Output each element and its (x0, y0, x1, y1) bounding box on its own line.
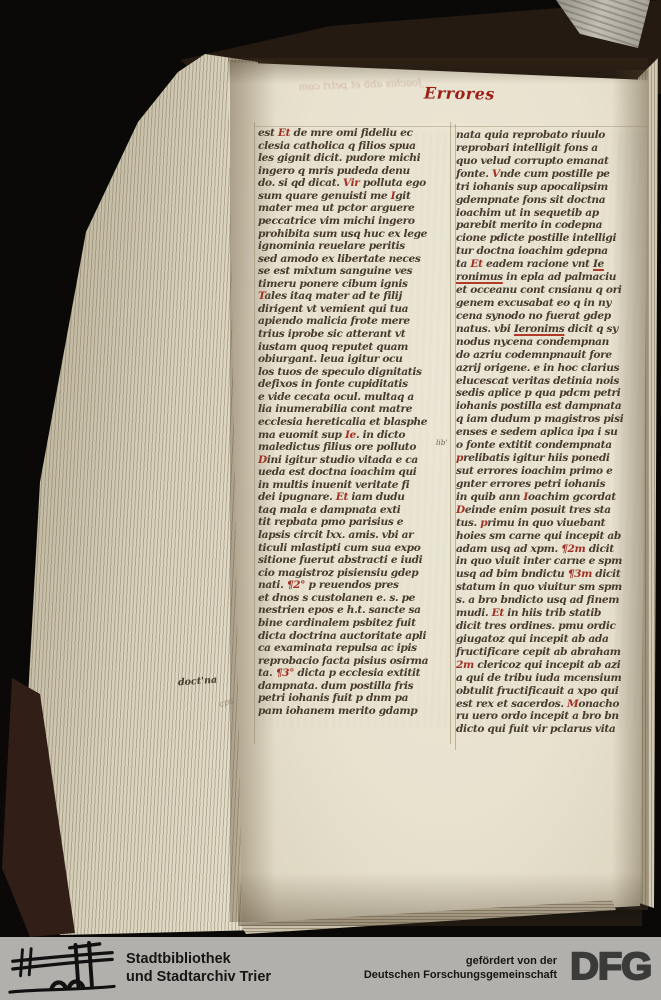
credit-banner: Stadtbibliothek und Stadtarchiv Trier ge… (0, 937, 661, 1000)
manuscript-line: nati. ¶2° p reuendos pres (258, 579, 452, 592)
manuscript-line: adam usq ad xpm. ¶2m dicit (456, 543, 648, 556)
manuscript-line: tur doctna ioachim gdepna (456, 245, 648, 258)
manuscript-line: obiurgant. leua igitur ocu (258, 353, 452, 366)
manuscript-line: nodus nycena condempnan (456, 336, 648, 349)
manuscript-line: mudi. Et in hiis trib statib (456, 607, 648, 620)
manuscript-line: gdempnate fons sit doctna (456, 194, 648, 207)
manuscript-line: ecclesia hereticalia et blasphe (258, 416, 452, 429)
manuscript-line: tus. primu in quo viuebant (456, 517, 648, 530)
manuscript-line: gnter errores petri iohanis (456, 478, 648, 491)
manuscript-line: hoies sm carne qui incepit ab (456, 530, 648, 543)
manuscript-line: dirigent vt vemient qui tua (258, 303, 452, 316)
manuscript-line: reprobari intelligit fons a (456, 142, 648, 155)
manuscript-line: dicta doctrina auctoritate apli (258, 630, 452, 643)
manuscript-line: clesia catholica q filios spua (258, 140, 452, 153)
manuscript-line: cena synodo no fuerat gdep (456, 310, 648, 323)
manuscript-scan-page: Joachis abb et petri com Errores est Et … (0, 0, 661, 1000)
manuscript-line: est Et de mre omi fideliu ec (258, 127, 452, 140)
dfg-logo: DFG (570, 949, 651, 985)
manuscript-line: fonte. Vnde cum postille pe (456, 168, 648, 181)
manuscript-line: in quib ann Ioachim gcordat (456, 491, 648, 504)
manuscript-line: et dnos s custolanen e. s. pe (258, 592, 452, 605)
manuscript-line: in multis inuenit veritate fi (258, 479, 452, 492)
manuscript-line: statum in quo viuitur sm spm (456, 581, 648, 594)
manuscript-line: sum quare genuisti me Igit (258, 190, 452, 203)
manuscript-line: est rex et sacerdos. Monacho (456, 698, 648, 711)
manuscript-line: trius iprobe sic atterant vt (258, 328, 452, 341)
manuscript-line: petri iohanis fuit p dnm pa (258, 692, 452, 705)
manuscript-line: cione pdicte postille intelligi (456, 232, 648, 245)
manuscript-line: les gignit dicit. pudore michi (258, 152, 452, 165)
manuscript-line: azrij origene. e in hoc clarius (456, 362, 648, 375)
manuscript-line: dampnata. dum postilla fris (258, 680, 452, 693)
manuscript-line: bine cardinalem psbitez fuit (258, 617, 452, 630)
left-text-column: est Et de mre omi fideliu ecclesia catho… (258, 127, 452, 717)
manuscript-line: genem excusabat eo q in ny (456, 297, 648, 310)
manuscript-line: ingero q mris pudeda denu (258, 165, 452, 178)
manuscript-line: mater mea ut pctor arguere (258, 202, 452, 215)
manuscript-line: ignominia reuelare peritis (258, 240, 452, 253)
manuscript-line: Deinde enim posuit tres sta (456, 504, 648, 517)
manuscript-line: giugatoz qui incepit ab ada (456, 633, 648, 646)
margin-note-lib: lib' (436, 438, 448, 447)
manuscript-line: nestrien epos e h.t. sancte sa (258, 604, 452, 617)
manuscript-line: timeru ponere cibum ignis (258, 278, 452, 291)
manuscript-line: lapsis circit lxx. amis. vbi ar (258, 529, 452, 542)
manuscript-line: ioachim ut in sequetib ap (456, 207, 648, 220)
manuscript-line: q iam dudum p magistros pisi (456, 413, 648, 426)
funding-credit-line2: Deutschen Forschungsgemeinschaft (364, 969, 557, 983)
ruled-line-vertical (254, 122, 255, 744)
manuscript-line: Dini igitur studio vitada e ca (258, 454, 452, 467)
manuscript-line: ta Et eadem racione vnt Ie (456, 258, 648, 271)
manuscript-line: ca examinata repulsa ac ipis (258, 642, 452, 655)
manuscript-line: 2m clericoz qui incepit ab azi (456, 659, 648, 672)
manuscript-line: reprobacio facta pisius osirma (258, 655, 452, 668)
page-heading-rubric: Errores (424, 84, 495, 104)
manuscript-line: fructificare cepit ab abraham (456, 646, 648, 659)
right-text-column: nata quia reprobato riuuloreprobari inte… (456, 129, 648, 736)
manuscript-line: sitione fuerut abstracti e iudi (258, 554, 452, 567)
manuscript-line: e vide cecata ocul. multaq a (258, 391, 452, 404)
manuscript-line: ma euomit sup Ie. in dicto (258, 429, 452, 442)
manuscript-line: quo velud corrupto emanat (456, 155, 648, 168)
manuscript-line: pam iohanem merito gdamp (258, 705, 452, 718)
manuscript-line: ticuli mlastipti cum sua expo (258, 542, 452, 555)
manuscript-line: tit repbata pmo parisius e (258, 516, 452, 529)
manuscript-line: taq mala e dampnata exti (258, 504, 452, 517)
manuscript-line: ru uero ordo incepit a bro bn (456, 710, 648, 723)
manuscript-line: lia inumerabilia cont matre (258, 403, 452, 416)
library-name-line2: und Stadtarchiv Trier (126, 969, 271, 987)
manuscript-line: dicit tres ordines. pmu ordic (456, 620, 648, 633)
library-name: Stadtbibliothek und Stadtarchiv Trier (126, 951, 271, 986)
manuscript-line: s. a bro bndicto usq ad finem (456, 594, 648, 607)
manuscript-line: iustam quoq reputet quam (258, 341, 452, 354)
manuscript-line: o fonte extitit condempnata (456, 439, 648, 452)
manuscript-line: se est mixtum sanguine ves (258, 265, 452, 278)
manuscript-line: usq ad bim bndictu ¶3m dicit (456, 568, 648, 581)
manuscript-line: a qui de tribu iuda mcensium (456, 672, 648, 685)
manuscript-line: ronimus in epla ad palmaciu (456, 271, 648, 284)
manuscript-line: natus. vbi Ieronims dicit q sy (456, 323, 648, 336)
manuscript-line: peccatrice vim michi ingero (258, 215, 452, 228)
manuscript-line: dei ipugnare. Et iam dudu (258, 491, 452, 504)
manuscript-line: enses e sedem aplica ipa i su (456, 426, 648, 439)
manuscript-line: in quo viuit inter carne e spm (456, 555, 648, 568)
trier-bridge-logo-icon (8, 940, 116, 998)
manuscript-line: sut errores ioachim primo e (456, 465, 648, 478)
manuscript-line: do. si qd dicat. Vir polluta ego (258, 177, 452, 190)
manuscript-line: maledictus filius ore polluto (258, 441, 452, 454)
manuscript-line: parebit merito in codepna (456, 219, 648, 232)
manuscript-line: do azriu codemnpnauit fore (456, 349, 648, 362)
manuscript-line: iohanis postilla est dampnata (456, 400, 648, 413)
manuscript-line: defixos in fonte cupiditatis (258, 378, 452, 391)
manuscript-line: prohibita sum usq huc ex lege (258, 228, 452, 241)
manuscript-line: nata quia reprobato riuulo (456, 129, 648, 142)
manuscript-line: ueda est doctna ioachim qui (258, 466, 452, 479)
manuscript-line: tri iohanis sup apocalipsim (456, 181, 648, 194)
manuscript-line: cio magistroz pisiensiu gdep (258, 567, 452, 580)
manuscript-line: los tuos de speculo dignitatis (258, 366, 452, 379)
manuscript-line: elucescat veritas detinia nois (456, 375, 648, 388)
manuscript-line: apiendo malicia frote mere (258, 315, 452, 328)
library-name-line1: Stadtbibliothek (126, 951, 271, 969)
manuscript-line: prelibatis igitur hiis ponedi (456, 452, 648, 465)
page-top-shadow (228, 58, 648, 84)
manuscript-line: Tales itaq mater ad te filij (258, 290, 452, 303)
funding-credit: gefördert von der Deutschen Forschungsge… (364, 955, 557, 982)
funding-credit-line1: gefördert von der (364, 955, 557, 969)
manuscript-line: et occeanu cont cnsianu q ori (456, 284, 648, 297)
manuscript-line: obtulit fructificauit a xpo qui (456, 685, 648, 698)
manuscript-line: sed amodo ex libertate neces (258, 253, 452, 266)
manuscript-line: dicto qui fuit vir pclarus vita (456, 723, 648, 736)
manuscript-line: ta. ¶3° dicta p ecclesia extitit (258, 667, 452, 680)
manuscript-line: sedis aplice p qua pdcm petri (456, 387, 648, 400)
page-bottom-shadow (238, 872, 642, 926)
